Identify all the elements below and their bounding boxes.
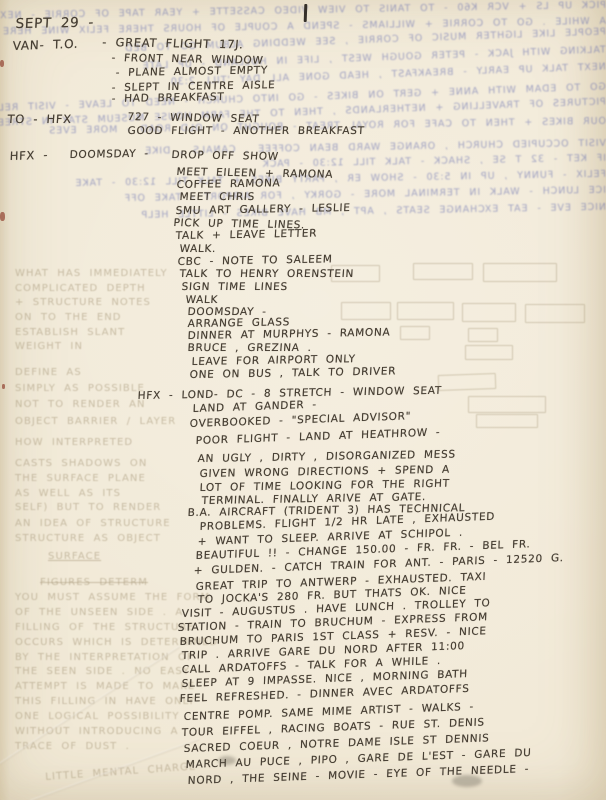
paper-crease — [30, 738, 200, 800]
journal-page: PICK UP LS + VCR K60 - TO TANIS TO VIEW … — [0, 0, 606, 800]
crease-layer — [0, 0, 606, 800]
paper-crease — [0, 646, 180, 784]
